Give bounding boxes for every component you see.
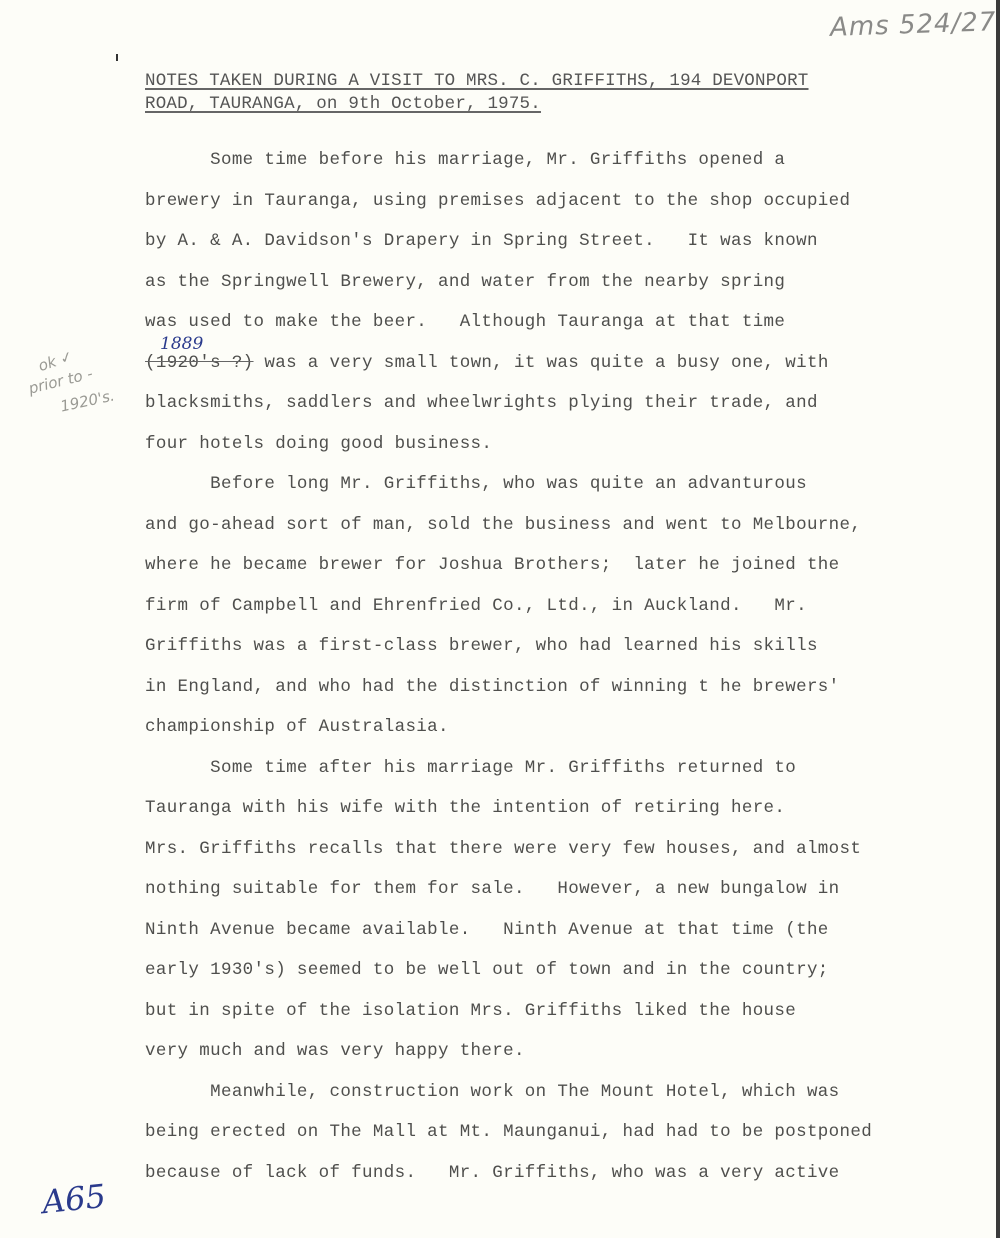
document-title: NOTES TAKEN DURING A VISIT TO MRS. C. GR… xyxy=(145,70,905,116)
page-edge xyxy=(996,0,1000,1238)
text-line: Meanwhile, construction work on The Moun… xyxy=(145,1082,840,1102)
line-text: was a very small town, it was quite a bu… xyxy=(254,353,829,373)
title-line-2: ROAD, TAURANGA, on 9th October, 1975. xyxy=(145,94,541,114)
struck-text: (1920's ?) xyxy=(145,353,254,373)
text-line: nothing suitable for them for sale. Howe… xyxy=(145,879,840,899)
page-mark: A65 xyxy=(40,1177,107,1221)
title-line-1: NOTES TAKEN DURING A VISIT TO MRS. C. GR… xyxy=(145,71,809,91)
text-line: Some time after his marriage Mr. Griffit… xyxy=(145,758,796,778)
text-line: Ninth Avenue became available. Ninth Ave… xyxy=(145,920,829,940)
text-line: being erected on The Mall at Mt. Maungan… xyxy=(145,1122,872,1142)
text-line: brewery in Tauranga, using premises adja… xyxy=(145,191,850,211)
text-line: Tauranga with his wife with the intentio… xyxy=(145,798,785,818)
text-line: but in spite of the isolation Mrs. Griff… xyxy=(145,1001,796,1021)
stray-mark xyxy=(116,54,118,61)
handwritten-correction-year: 1889 xyxy=(160,334,203,354)
text-line: championship of Australasia. xyxy=(145,717,449,737)
text-line: was used to make the beer. Although Taur… xyxy=(145,312,785,332)
margin-note-line-3: 1920's. xyxy=(59,386,116,415)
text-line: because of lack of funds. Mr. Griffiths,… xyxy=(145,1163,840,1183)
text-line: by A. & A. Davidson's Drapery in Spring … xyxy=(145,231,818,251)
text-line: firm of Campbell and Ehrenfried Co., Ltd… xyxy=(145,596,807,616)
text-line: where he became brewer for Joshua Brothe… xyxy=(145,555,840,575)
text-line: very much and was very happy there. xyxy=(145,1041,525,1061)
text-line: Before long Mr. Griffiths, who was quite… xyxy=(145,474,807,494)
text-line: Mrs. Griffiths recalls that there were v… xyxy=(145,839,861,859)
text-line: and go-ahead sort of man, sold the busin… xyxy=(145,515,861,535)
text-line: Griffiths was a first-class brewer, who … xyxy=(145,636,818,656)
text-line: as the Springwell Brewery, and water fro… xyxy=(145,272,785,292)
text-line: early 1930's) seemed to be well out of t… xyxy=(145,960,829,980)
text-line: Some time before his marriage, Mr. Griff… xyxy=(145,150,785,170)
text-line: blacksmiths, saddlers and wheelwrights p… xyxy=(145,393,818,413)
text-line: in England, and who had the distinction … xyxy=(145,677,840,697)
text-line: (1920's ?) was a very small town, it was… xyxy=(145,353,829,373)
archive-reference: Ams 524/27 xyxy=(830,7,997,43)
text-line: four hotels doing good business. xyxy=(145,434,492,454)
